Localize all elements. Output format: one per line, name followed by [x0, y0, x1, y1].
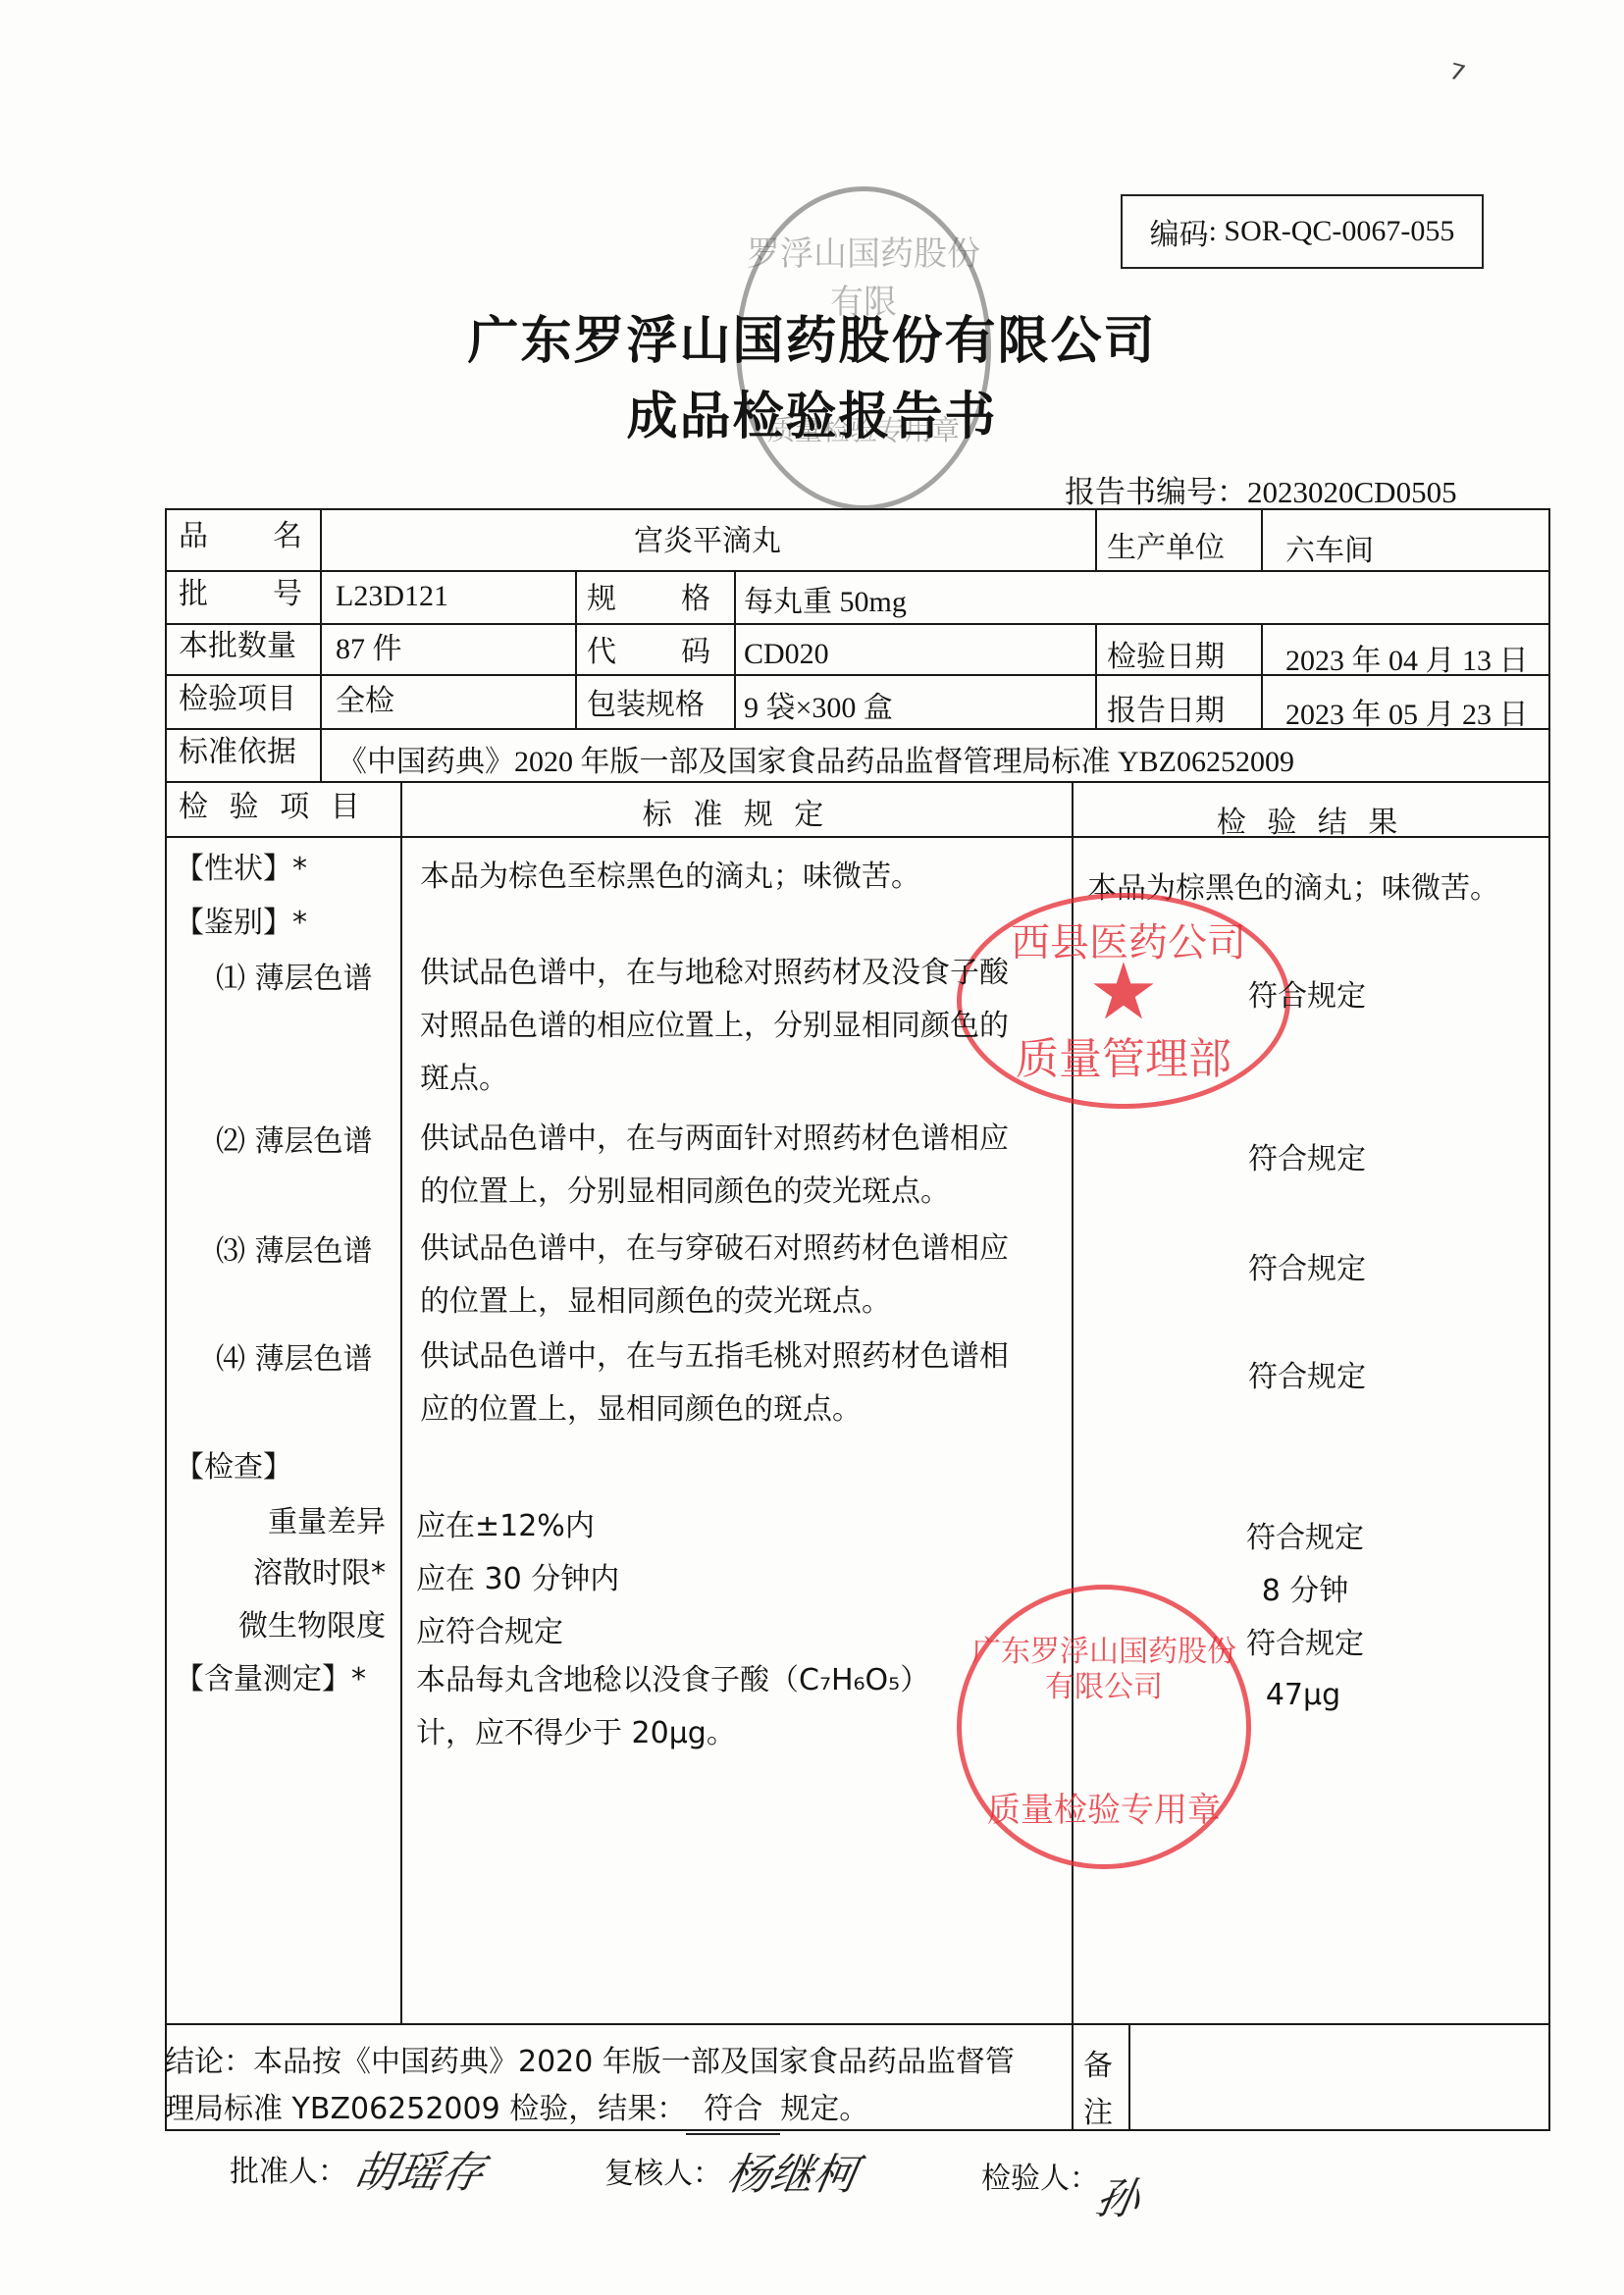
- report-date-label: 报告日期: [1107, 695, 1225, 727]
- product-name: 宫炎平滴丸: [320, 525, 1095, 557]
- reviewer-label: 复核人：: [604, 2149, 722, 2192]
- conclusion-line-1: 结论：本品按《中国药典》2020 年版一部及国家食品药品监督管: [165, 2039, 1015, 2086]
- check-microbial-label: 微生物限度: [221, 1601, 386, 1644]
- reviewer-signature: 杨继柯: [722, 2139, 863, 2202]
- conclusion-result: 符合: [686, 2086, 780, 2135]
- tlc-2-standard: 供试品色谱中，在与两面针对照药材色谱相应 的位置上，分别显相同颜色的荧光斑点。: [420, 1113, 1009, 1219]
- code-value: SOR-QC-0067-055: [1224, 215, 1454, 248]
- remarks-label: 备 注: [1083, 2043, 1113, 2137]
- character-label: 【性状】*: [175, 844, 307, 887]
- seal-bottom-text: 质量检验专用章: [962, 1783, 1246, 1831]
- table-border: [165, 508, 167, 2131]
- tlc-1-standard: 供试品色谱中，在与地稔对照药材及没食子酸 对照品色谱的相应位置上，分别显相同颜色…: [420, 947, 1009, 1106]
- document-code: 编码: SOR-QC-0067-055: [1121, 194, 1484, 269]
- spec-label: 规格: [587, 583, 710, 615]
- tlc-4-result: 符合规定: [1111, 1352, 1503, 1395]
- row-divider: [165, 781, 1550, 783]
- col-divider: [1095, 623, 1097, 730]
- tlc-2-result: 符合规定: [1111, 1134, 1503, 1177]
- scan-mark: ⁷: [1441, 56, 1468, 104]
- report-number: 报告书编号：2023020CD0505: [1065, 467, 1457, 511]
- document-title: 成品检验报告书: [0, 375, 1624, 448]
- tlc-4-label: ⑷ 薄层色谱: [216, 1334, 373, 1378]
- code-row-label: 代码: [587, 636, 710, 668]
- row-divider: [165, 570, 1550, 572]
- tlc-1-result: 符合规定: [1111, 971, 1503, 1015]
- report-no-value: 2023020CD0505: [1247, 475, 1457, 509]
- approver-label: 批准人：: [230, 2147, 347, 2190]
- assay-label: 【含量测定】*: [175, 1654, 366, 1697]
- seal-arc-text: 广东罗浮山国药股份有限公司: [971, 1635, 1236, 1705]
- check-weight-result: 符合规定: [1109, 1513, 1501, 1556]
- conclusion-line-2: 理局标准 YBZ06252009 检验，结果：符合规定。: [165, 2086, 1015, 2135]
- spec: 每丸重 50mg: [744, 586, 907, 618]
- production-unit: 六车间: [1285, 535, 1374, 567]
- col-divider: [1128, 2023, 1130, 2129]
- standard-basis-label: 标准依据: [179, 736, 296, 768]
- col-divider: [1095, 508, 1097, 570]
- batch-no: L23D121: [336, 580, 448, 612]
- check-label: 【检查】: [175, 1442, 292, 1486]
- tlc-3-label: ⑶ 薄层色谱: [216, 1226, 373, 1270]
- company-name: 广东罗浮山国药股份有限公司: [0, 299, 1624, 373]
- col-divider: [400, 781, 402, 2023]
- code-label: 编码: [1150, 210, 1209, 253]
- character-standard: 本品为棕色至棕黑色的滴丸；味微苦。: [420, 852, 920, 895]
- check-microbial-standard: 应符合规定: [416, 1607, 563, 1650]
- row-divider: [165, 2023, 1550, 2025]
- col-divider: [1261, 508, 1263, 570]
- product-code: CD020: [744, 638, 829, 670]
- col-divider: [1261, 623, 1263, 730]
- check-disintegration-standard: 应在 30 分钟内: [416, 1554, 619, 1597]
- tlc-3-standard: 供试品色谱中，在与穿破石对照药材色谱相应 的位置上，显相同颜色的荧光斑点。: [420, 1223, 1009, 1329]
- assay-standard: 本品每丸含地稔以没食子酸（C₇H₆O₅） 计，应不得少于 20μg。: [416, 1654, 929, 1760]
- tlc-4-standard: 供试品色谱中，在与五指毛桃对照药材色谱相 应的位置上，显相同颜色的斑点。: [420, 1330, 1009, 1436]
- inspection-date: 2023 年 04 月 13 日: [1285, 645, 1529, 677]
- tlc-1-label: ⑴ 薄层色谱: [216, 954, 373, 997]
- report-date: 2023 年 05 月 23 日: [1285, 699, 1529, 731]
- red-round-seal: 广东罗浮山国药股份有限公司 质量检验专用章: [957, 1585, 1251, 1869]
- product-name-label: 品名: [179, 520, 302, 552]
- check-weight-standard: 应在±12%内: [416, 1501, 595, 1544]
- row-divider: [165, 623, 1550, 625]
- tlc-2-label: ⑵ 薄层色谱: [216, 1117, 373, 1160]
- identification-label: 【鉴别】*: [175, 898, 307, 941]
- inspector-label: 检验人：: [981, 2154, 1099, 2197]
- test-items: 全检: [336, 685, 394, 717]
- packaging-label: 包装规格: [587, 689, 705, 721]
- col-divider: [575, 570, 577, 730]
- conclusion: 结论：本品按《中国药典》2020 年版一部及国家食品药品监督管 理局标准 YBZ…: [165, 2039, 1015, 2135]
- col-header-item: 检 验 项 目: [179, 791, 366, 823]
- col-divider: [1072, 2023, 1074, 2129]
- check-weight-label: 重量差异: [260, 1497, 386, 1540]
- col-divider: [734, 570, 736, 730]
- inspector-signature: 孙: [1091, 2164, 1145, 2226]
- table-border: [1548, 508, 1550, 2131]
- test-items-label: 检验项目: [179, 683, 296, 715]
- table-border: [165, 508, 1550, 510]
- col-header-standard: 标 准 规 定: [400, 799, 1072, 831]
- approver-signature: 胡瑶存: [349, 2137, 490, 2200]
- standard-basis: 《中国药典》2020 年版一部及国家食品药品监督管理局标准 YBZ0625200…: [338, 746, 1294, 778]
- seal-bottom-text: 质量管理部: [962, 1023, 1285, 1086]
- col-header-result: 检 验 结 果: [1072, 807, 1548, 839]
- quantity: 87 件: [336, 633, 402, 665]
- production-unit-label: 生产单位: [1107, 532, 1225, 564]
- tlc-3-result: 符合规定: [1111, 1244, 1503, 1287]
- quantity-label: 本批数量: [179, 630, 296, 662]
- check-disintegration-label: 溶散时限*: [234, 1548, 386, 1591]
- report-no-label: 报告书编号：: [1065, 475, 1247, 510]
- inspection-date-label: 检验日期: [1107, 641, 1225, 673]
- batch-no-label: 批号: [179, 578, 302, 610]
- packaging: 9 袋×300 盒: [744, 692, 893, 724]
